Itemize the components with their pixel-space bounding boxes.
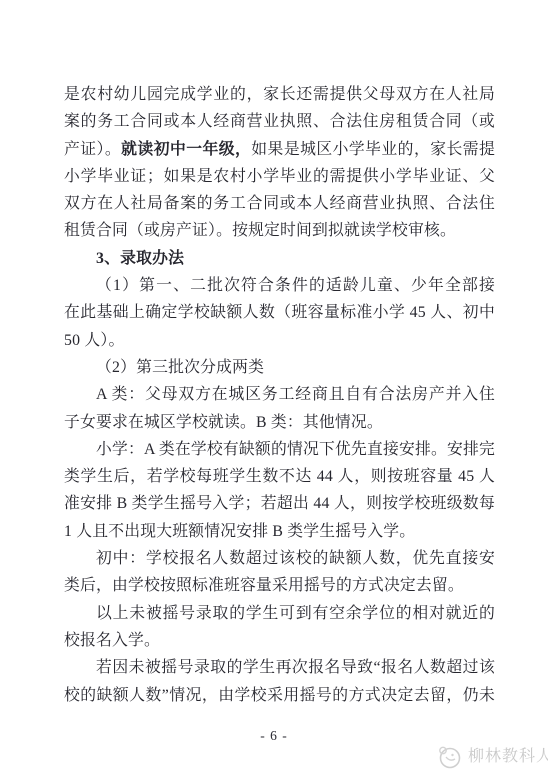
text-line: 校报名入学。 [64,627,495,654]
text-segment: 1 人且不出现大班额情况安排 B 类学生摇号入学。 [64,523,415,540]
text-segment: 初中：学校报名人数超过该校的缺额人数，优先直接安排 A [96,550,495,572]
text-segment: 就读初中一年级， [121,141,251,158]
text-line: 双方在人社局备案的务工合同或本人经商营业执照、合法住房 [64,190,495,217]
text-segment: 校报名入学。 [64,632,160,649]
text-segment: 类学生后，若学校每班学生数不达 44 人，则按班容量 45 人标 [64,468,495,490]
text-line: 1 人且不出现大班额情况安排 B 类学生摇号入学。 [64,518,495,545]
text-line: 准安排 B 类学生摇号入学；若超出 44 人，则按学校班级数每班 [64,490,495,517]
text-segment: 类后，由学校按照标准班容量采用摇号的方式决定去留。 [64,577,464,594]
text-line: 50 人）。 [64,327,495,354]
watermark: 柳林教科人 [436,743,548,770]
text-segment: 小学：A 类在学校有缺额的情况下优先直接安排。安排完 A [96,441,495,463]
page-number: - 6 - [0,728,548,744]
text-segment: 在此基础上确定学校缺额人数（班容量标准小学 45 人、初中 [64,304,495,321]
text-segment: 3、录取办法 [96,250,184,267]
text-segment: 子女要求在城区学校就读。B 类：其他情况。 [64,414,383,431]
text-line: 是农村幼儿园完成学业的，家长还需提供父母双方在人社局备 [64,81,495,108]
document-body: 是农村幼儿园完成学业的，家长还需提供父母双方在人社局备案的务工合同或本人经商营业… [64,81,495,709]
text-line: 子女要求在城区学校就读。B 类：其他情况。 [64,409,495,436]
text-segment: 校的缺额人数”情况，由学校采用摇号的方式决定去留，仍未 [64,687,495,704]
text-line: 小学毕业证；如果是农村小学毕业的需提供小学毕业证、父母 [64,163,495,190]
text-line: 3、录取办法 [64,245,495,272]
text-line: 类后，由学校按照标准班容量采用摇号的方式决定去留。 [64,572,495,599]
text-segment: 双方在人社局备案的务工合同或本人经商营业执照、合法住房 [64,195,495,217]
text-segment: 产证）。 [64,141,121,158]
text-segment: 以上未被摇号录取的学生可到有空余学位的相对就近的学 [96,605,495,627]
text-line: 在此基础上确定学校缺额人数（班容量标准小学 45 人、初中 [64,299,495,326]
publisher-logo-icon [436,743,463,770]
text-segment: A 类：父母双方在城区务工经商且自有合法房产并入住的， [96,386,495,408]
text-line: （1）第一、二批次符合条件的适龄儿童、少年全部接纳。 [64,272,495,299]
text-line: 小学：A 类在学校有缺额的情况下优先直接安排。安排完 A [64,436,495,463]
text-line: 以上未被摇号录取的学生可到有空余学位的相对就近的学 [64,600,495,627]
text-line: 类学生后，若学校每班学生数不达 44 人，则按班容量 45 人标 [64,463,495,490]
text-segment: （1）第一、二批次符合条件的适龄儿童、少年全部接纳。 [96,277,495,299]
text-segment: 准安排 B 类学生摇号入学；若超出 44 人，则按学校班级数每班 [64,495,495,517]
text-segment: 若因未被摇号录取的学生再次报名导致“报名人数超过该 [96,659,495,676]
text-segment: 是农村幼儿园完成学业的，家长还需提供父母双方在人社局备 [64,86,495,108]
text-segment: 小学毕业证；如果是农村小学毕业的需提供小学毕业证、父母 [64,168,495,190]
text-line: 校的缺额人数”情况，由学校采用摇号的方式决定去留，仍未 [64,682,495,709]
text-segment: 租赁合同（或房产证）。按规定时间到拟就读学校审核。 [64,222,456,239]
document-page: 是农村幼儿园完成学业的，家长还需提供父母双方在人社局备案的务工合同或本人经商营业… [0,0,548,781]
text-line: 案的务工合同或本人经商营业执照、合法住房租赁合同（或房 [64,108,495,135]
text-segment: 50 人）。 [64,332,124,349]
text-line: 初中：学校报名人数超过该校的缺额人数，优先直接安排 A [64,545,495,572]
text-line: 租赁合同（或房产证）。按规定时间到拟就读学校审核。 [64,217,495,244]
text-line: 产证）。就读初中一年级，如果是城区小学毕业的，家长需提供 [64,136,495,163]
watermark-label: 柳林教科人 [468,743,548,770]
text-segment: （2）第三批次分成两类 [96,359,264,376]
text-line: A 类：父母双方在城区务工经商且自有合法房产并入住的， [64,381,495,408]
text-segment: 案的务工合同或本人经商营业执照、合法住房租赁合同（或房 [64,113,495,135]
text-line: 若因未被摇号录取的学生再次报名导致“报名人数超过该 [64,654,495,681]
text-line: （2）第三批次分成两类 [64,354,495,381]
